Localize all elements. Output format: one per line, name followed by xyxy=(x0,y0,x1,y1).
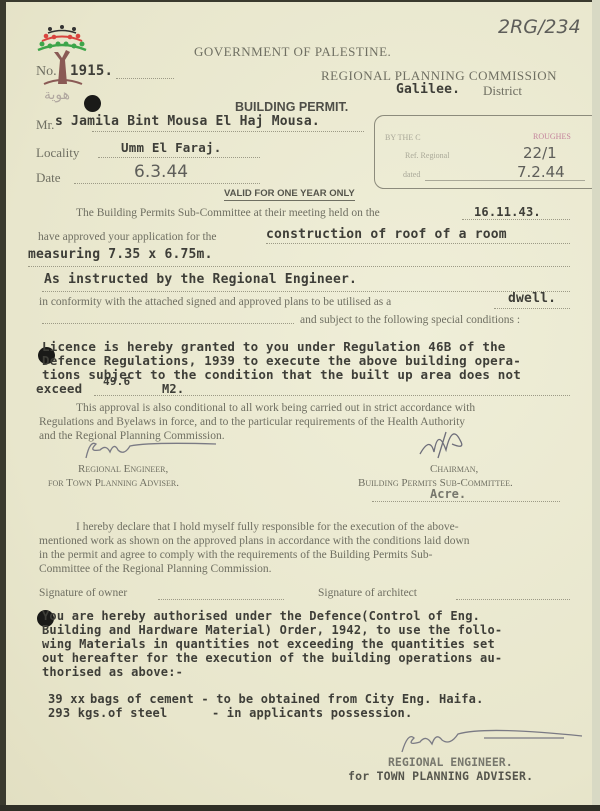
stamp-line3-label: dated xyxy=(403,170,420,179)
material-2-text: of steel - in applicants possession. xyxy=(108,706,412,720)
area-value: 49.6 xyxy=(103,375,130,388)
declaration-line2: mentioned work as shown on the approved … xyxy=(39,535,470,547)
architect-signature-field xyxy=(456,599,570,600)
district-value: Galilee. xyxy=(396,82,460,97)
locality-label: Locality xyxy=(36,145,79,161)
locality-value: Umm El Faraj. xyxy=(121,140,221,155)
scan-edge-right xyxy=(592,0,600,811)
approved-text: have approved your application for the xyxy=(38,231,217,243)
use-value: dwell. xyxy=(508,291,556,306)
document-title: BUILDING PERMIT. xyxy=(235,100,348,114)
use-dotted-line xyxy=(494,308,570,309)
permit-number-value: 1915. xyxy=(70,63,113,79)
owner-signature-label: Signature of owner xyxy=(39,587,127,599)
applicant-name: s Jamila Bint Mousa El Haj Mousa. xyxy=(55,114,320,129)
area-dotted-line xyxy=(94,395,570,396)
chairman-signature xyxy=(416,422,476,462)
registry-stamp: BY THE C ROUGHES Ref. Regional 22/1 date… xyxy=(374,115,600,189)
authorisation-line4: out hereafter for the execution of the b… xyxy=(42,651,502,665)
application-line1: construction of roof of a room xyxy=(266,227,507,242)
authorisation-line1: You are hereby authorised under the Defe… xyxy=(42,609,480,623)
approval-line2: Regulations and Byelaws in force, and to… xyxy=(39,416,465,428)
area-unit: M2. xyxy=(162,382,184,396)
conditions-text: and subject to the following special con… xyxy=(300,314,520,326)
application-line2: measuring 7.35 x 6.75m. xyxy=(28,247,213,262)
meeting-text: The Building Permits Sub-Committee at th… xyxy=(76,207,380,219)
stamp-ref-value: 22/1 xyxy=(523,144,557,162)
footer-title2: for TOWN PLANNING ADVISER. xyxy=(348,769,533,783)
stamp-line1-right: ROUGHES xyxy=(533,132,571,141)
declaration-line3: in the permit and agree to comply with t… xyxy=(39,549,432,561)
licence-line4: exceed xyxy=(36,382,82,396)
declaration-line1: I hereby declare that I hold myself full… xyxy=(76,521,459,533)
locality-dotted-line xyxy=(98,157,260,158)
ink-blot xyxy=(84,95,101,112)
archive-reference: 2RG/234 xyxy=(498,16,581,38)
approval-line1: This approval is also conditional to all… xyxy=(76,402,475,414)
instruction-text: As instructed by the Regional Engineer. xyxy=(44,272,357,287)
application-dotted-line1 xyxy=(266,243,570,244)
footer-title1: REGIONAL ENGINEER. xyxy=(388,755,513,769)
left-signatory-title2: for Town Planning Adviser. xyxy=(48,477,179,489)
application-dotted-line2 xyxy=(28,266,570,267)
stamp-date-value: 7.2.44 xyxy=(517,163,565,181)
meeting-dotted-line xyxy=(462,219,570,220)
date-label: Date xyxy=(36,170,61,186)
district-label: District xyxy=(483,83,522,99)
architect-signature-label: Signature of architect xyxy=(318,587,417,599)
licence-line2: Defence Regulations, 1939 to execute the… xyxy=(42,354,521,368)
footer-engineer-signature xyxy=(396,724,586,756)
owner-signature-field xyxy=(158,599,284,600)
meeting-date: 16.11.43. xyxy=(474,205,541,219)
conformity-text: in conformity with the attached signed a… xyxy=(39,296,391,308)
validity-notice: VALID FOR ONE YEAR ONLY xyxy=(224,188,355,201)
stamp-line1-label: BY THE C xyxy=(385,133,421,142)
authorisation-line5: thorised as above:- xyxy=(42,665,183,679)
permit-document: هوية 2RG/234 GOVERNMENT OF PALESTINE. No… xyxy=(6,2,592,806)
name-dotted-line xyxy=(92,131,364,132)
acre-value: Acre. xyxy=(430,487,466,501)
logo-arabic-text: هوية xyxy=(44,87,70,104)
stamp-line2-label: Ref. Regional xyxy=(405,151,449,160)
date-value: 6.3.44 xyxy=(134,162,188,182)
date-dotted-line xyxy=(74,183,260,184)
conditions-dotted-line xyxy=(42,323,294,324)
government-heading: GOVERNMENT OF PALESTINE. xyxy=(194,44,391,60)
number-dotted-line xyxy=(116,78,174,79)
scan-edge-bottom xyxy=(0,805,600,811)
material-1-qty: 39 xx xyxy=(48,692,85,706)
acre-dotted-line xyxy=(372,501,560,502)
declaration-line4: Committee of the Regional Planning Commi… xyxy=(39,563,272,575)
instruction-dotted-line xyxy=(42,291,570,292)
licence-line1: Licence is hereby granted to you under R… xyxy=(42,340,506,354)
right-signatory-title1: Chairman, xyxy=(430,463,478,475)
authorisation-line3: wing Materials in quantities not exceedi… xyxy=(42,637,495,651)
material-1-text: bags of cement - to be obtained from Cit… xyxy=(90,692,484,706)
left-signatory-title1: Regional Engineer, xyxy=(78,463,168,475)
regional-engineer-signature xyxy=(80,438,220,462)
material-2-qty: 293 kgs. xyxy=(48,706,107,720)
permit-number-label: No. xyxy=(36,64,57,80)
mr-label: Mr. xyxy=(36,117,54,133)
authorisation-line2: Building and Hardware Material) Order, 1… xyxy=(42,623,502,637)
